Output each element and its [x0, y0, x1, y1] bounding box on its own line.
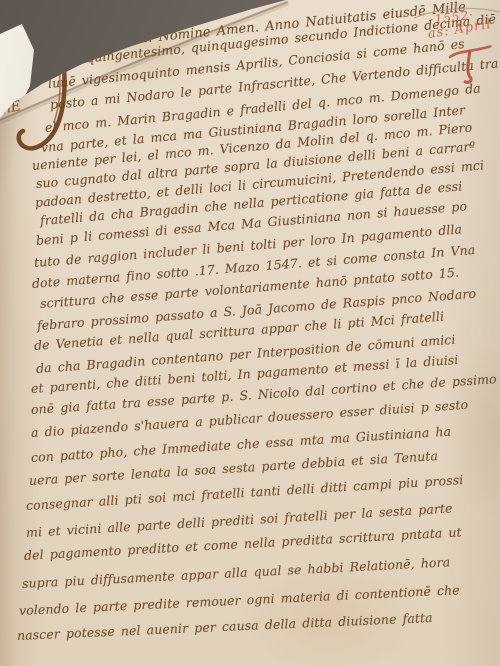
red-tau-mark [446, 42, 500, 92]
manuscript-photo: N. Christi. Nomine Amen. Anno Natiuitati… [0, 0, 500, 666]
manuscript-page: N. Christi. Nomine Amen. Anno Natiuitati… [0, 0, 500, 666]
pencil-stroke [412, 4, 500, 24]
